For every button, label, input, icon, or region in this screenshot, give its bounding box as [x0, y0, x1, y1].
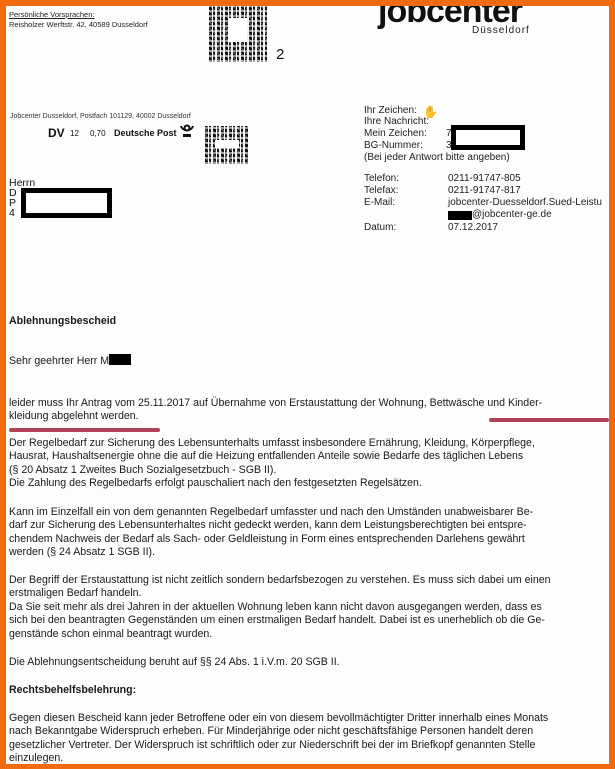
bg-nummer-label: BG-Nummer: — [364, 140, 446, 151]
email-value-line2: @jobcenter-ge.de — [472, 209, 552, 220]
paragraph-erstausstattung: Der Begriff der Erstaustattung ist nicht… — [9, 574, 609, 641]
postage-barcode-icon — [205, 126, 249, 164]
text-line: Kann im Einzelfall ein von dem genannten… — [9, 506, 609, 519]
email-label: E-Mail: — [364, 197, 448, 208]
return-address: Jobcenter Dusseldorf, Postfach 101129, 4… — [10, 113, 191, 120]
text-line: Da Sie seit mehr als drei Jahren in der … — [9, 601, 609, 614]
greeting: Sehr geehrter Herr M — [9, 354, 609, 368]
paragraph-regelbedarf: Der Regelbedarf zur Sicherung des Lebens… — [9, 437, 609, 491]
text-line: einzulegen. — [9, 752, 609, 764]
carrier-name: Deutsche Post — [114, 128, 177, 138]
email-value-line1: jobcenter-Duesseldorf.Sued-Leistu — [448, 197, 602, 208]
postage-amount: 0,70 — [90, 129, 106, 138]
datum-value: 07.12.2017 — [448, 222, 498, 233]
telefax-label: Telefax: — [364, 185, 448, 196]
telefon-label: Telefon: — [364, 173, 448, 184]
greeting-text: Sehr geehrter Herr M — [9, 355, 109, 367]
logo-city: Düsseldorf — [472, 25, 530, 36]
letter-page: Persönliche Vorsprachen: Reisholzer Werf… — [6, 6, 609, 764]
text-line: Die Zahlung des Regelbedarfs erfolgt pau… — [9, 477, 609, 490]
reference-note: (Bei jeder Antwort bitte angeben) — [364, 152, 510, 163]
intro-text: leider muss Ihr Antrag vom 25.11.2017 au… — [9, 397, 430, 409]
paragraph-legal-basis: Die Ablehnungsentscheidung beruht auf §§… — [9, 656, 609, 669]
text-line: darf zur Sicherung des Lebensunterhaltes… — [9, 519, 609, 532]
subject-heading: Ablehnungsbescheid — [9, 315, 609, 328]
highlighted-text: Bettwäsche und Kinder- — [430, 397, 542, 409]
legal-remedy-heading: Rechtsbehelfsbelehrung: — [9, 684, 609, 697]
text-line: (§ 20 Absatz 1 Zweites Buch Sozialgesetz… — [9, 464, 609, 477]
text-line: nach Bekanntgabe Widerspruch erheben. Fü… — [9, 725, 609, 738]
mein-zeichen-label: Mein Zeichen: — [364, 128, 446, 139]
text-line: gesetzlicher Vertreter. Der Widerspruch … — [9, 739, 609, 752]
personal-visits-label: Persönliche Vorsprachen: — [9, 10, 94, 19]
text-line: werden (§ 24 Absatz 1 SGB II). — [9, 546, 609, 559]
personal-visits-address: Reisholzer Werftstr. 42, 40589 Dusseldor… — [9, 20, 148, 29]
page-number: 2 — [276, 46, 284, 63]
datamatrix-barcode-icon — [209, 6, 267, 62]
telefax-value: 0211-91747-817 — [448, 185, 521, 196]
text-line: Hausrat, Haushaltsenergie ohne die auf d… — [9, 450, 609, 463]
text-line: Der Regelbedarf zur Sicherung des Lebens… — [9, 437, 609, 450]
highlight-underline — [9, 428, 160, 432]
datum-label: Datum: — [364, 222, 448, 233]
telefon-value: 0211-91747-805 — [448, 173, 521, 184]
ihre-nachricht-label: Ihre Nachricht: — [364, 116, 429, 127]
text-line: chendem Nachweis der Bedarf als Sach- od… — [9, 533, 609, 546]
text-line: Der Begriff der Erstaustattung ist nicht… — [9, 574, 609, 587]
paragraph-widerspruch: Gegen diesen Bescheid kann jeder Betroff… — [9, 712, 609, 764]
post-horn-icon — [178, 123, 196, 144]
dv-label: DV — [48, 126, 65, 140]
redaction-bar — [448, 211, 472, 220]
text-line: sich bei den beantragten Gegenständen um… — [9, 614, 609, 627]
mein-zeichen-row: Mein Zeichen:7 — [364, 128, 452, 139]
highlight-underline — [489, 418, 609, 422]
text-line: Gegen diesen Bescheid kann jeder Betroff… — [9, 712, 609, 725]
redaction-box — [21, 188, 112, 218]
dv-code: 12 — [70, 129, 79, 138]
redaction-bar — [109, 354, 131, 365]
paragraph-einzelfall: Kann im Einzelfall ein von dem genannten… — [9, 506, 609, 560]
recipient-line-3: 4 — [9, 207, 15, 219]
bg-nummer-row: BG-Nummer:3 — [364, 140, 452, 151]
ihr-zeichen-label: Ihr Zeichen: — [364, 105, 417, 116]
redaction-box — [451, 125, 525, 150]
text-line: genstände schon einmal beantragt wurden. — [9, 628, 609, 641]
text-line: erstmaligen Bedarf handeln. — [9, 587, 609, 600]
